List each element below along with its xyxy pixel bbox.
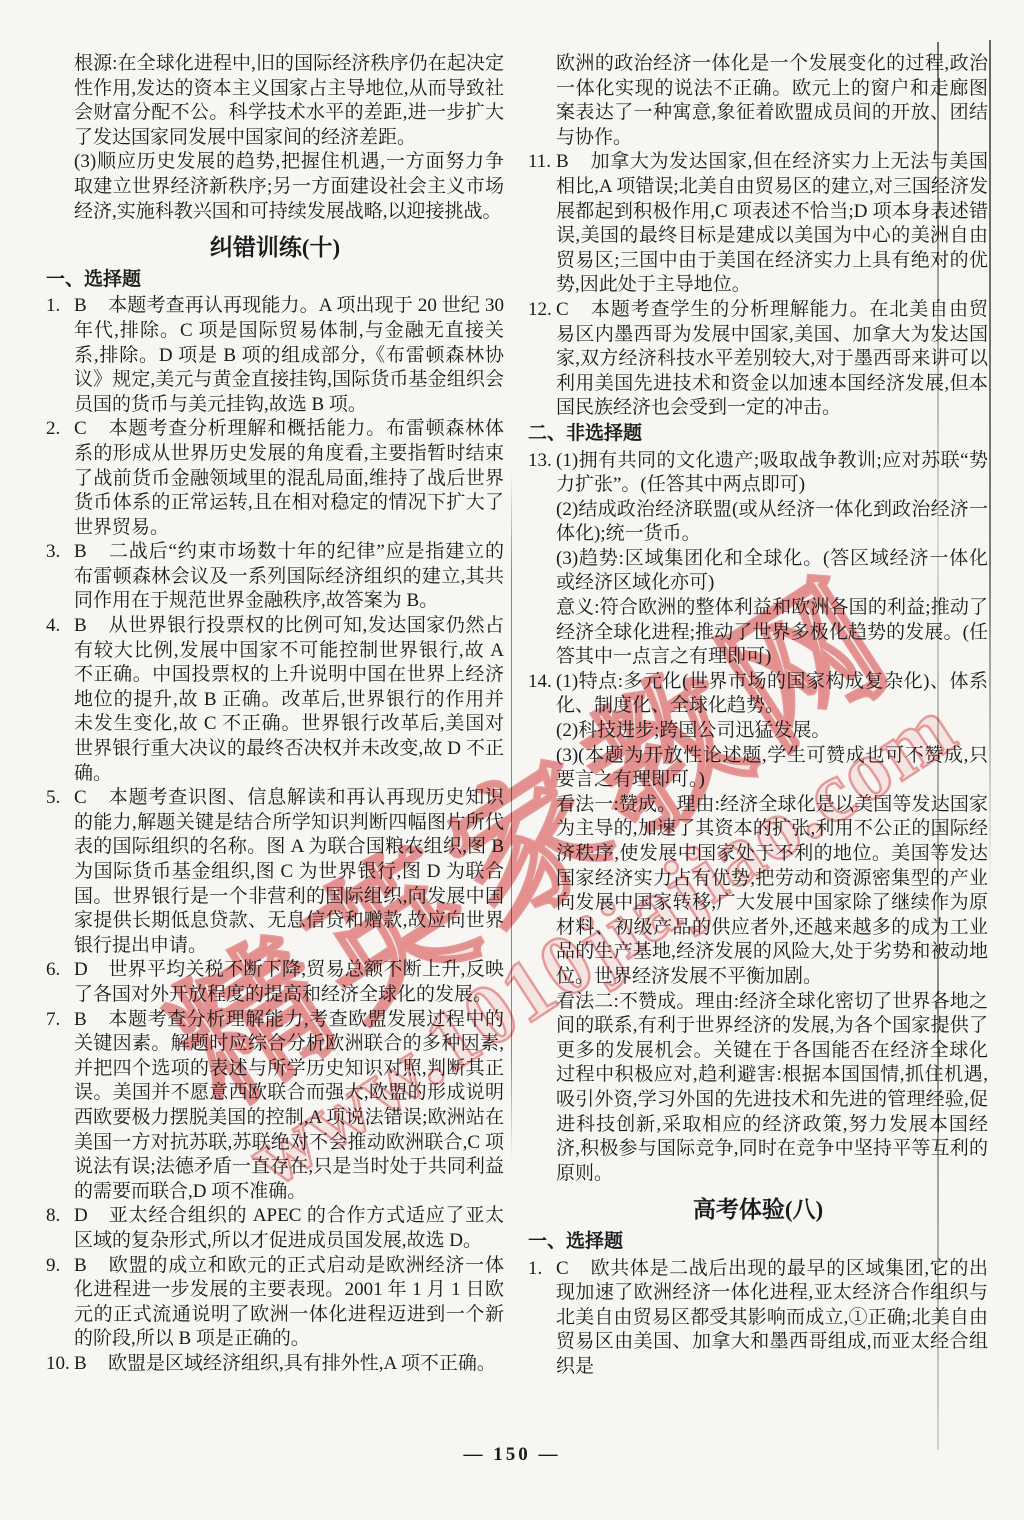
item-text: 从世界银行投票权的比例可知,发达国家仍然占有较大比例,发展中国家不可能控制世界银…: [74, 615, 504, 784]
subsection-label-choice: 一、选择题: [46, 268, 504, 293]
subsection-label-nonchoice: 二、非选择题: [528, 422, 988, 447]
answer-item-12: 12.C本题考查学生的分析理解能力。在北美自由贸易区内墨西哥为发展中国家,美国、…: [528, 298, 988, 421]
left-column: 根源:在全球化进程中,旧的国际经济秩序仍在起决定性作用,发达的资本主义国家占主导…: [46, 52, 504, 1376]
subsection-label-choice: 一、选择题: [528, 1230, 988, 1255]
item-number: 1.: [46, 294, 74, 319]
item-number: 9.: [46, 1254, 74, 1279]
carryover-paragraph: (3)顺应历史发展的趋势,把握住机遇,一方面努力争取建立世界经济新秩序;另一方面…: [46, 150, 504, 224]
item-text: 本题考查识图、信息解读和再认再现历史知识的能力,解题关键是结合所学知识判断四幅图…: [74, 787, 504, 956]
item-number: 8.: [46, 1204, 74, 1229]
scan-artifact-line: [989, 40, 991, 900]
answer-item-2: 2.C本题考查分析理解和概括能力。布雷顿森林体系的形成从世界历史发展的角度看,主…: [46, 417, 504, 540]
item-number: 12.: [528, 298, 556, 323]
item-number: 4.: [46, 614, 74, 639]
answer-letter: D: [74, 1204, 92, 1229]
item-number: 3.: [46, 540, 74, 565]
essay-paragraph: (3)趋势:区域集团化和全球化。(答区域经济一体化或经济区域化亦可): [528, 547, 988, 596]
answer-letter: B: [74, 1352, 92, 1377]
answer-item-1: 1.B本题考查再认再现能力。A 项出现于 20 世纪 30 年代,排除。C 项是…: [46, 294, 504, 417]
scan-artifact-line: [937, 42, 939, 1450]
answer-item-14: 14.(1)特点:多元化(世界市场的国家构成复杂化)、体系化、制度化、全球化趋势…: [528, 670, 988, 719]
answer-item-6: 6.D世界平均关税不断下降,贸易总额不断上升,反映了各国对外开放程度的提高和经济…: [46, 958, 504, 1007]
right-column: 欧洲的政治经济一体化是一个发展变化的过程,政治一体化实现的说法不正确。欧元上的窗…: [528, 52, 988, 1379]
essay-paragraph: 看法一:赞成。理由:经济全球化是以美国等发达国家为主导的,加速了其资本的扩张,利…: [528, 793, 988, 990]
essay-paragraph: 看法二:不赞成。理由:经济全球化密切了世界各地之间的联系,有利于世界经济的发展,…: [528, 990, 988, 1187]
item-text: 加拿大为发达国家,但在经济实力上无法与美国相比,A 项错误;北美自由贸易区的建立…: [556, 151, 988, 295]
answer-letter: C: [556, 1257, 574, 1282]
answer-letter: C: [74, 417, 92, 442]
item-number: 10.: [46, 1352, 74, 1377]
item-number: 14.: [528, 670, 556, 695]
answer-letter: B: [556, 150, 574, 175]
scanned-workbook-page: 精英家教网 www.1010jiajiao.com 根源:在全球化进程中,旧的国…: [0, 0, 1024, 1520]
answer-letter: B: [74, 1008, 92, 1033]
answer-letter: C: [556, 298, 574, 323]
item-number: 5.: [46, 786, 74, 811]
answer-letter: B: [74, 540, 92, 565]
answer-item-13: 13.(1)拥有共同的文化遗产;吸取战争教训;应对苏联“势力扩张”。(任答其中两…: [528, 449, 988, 498]
item-number: 6.: [46, 958, 74, 983]
answer-item-3: 3.B二战后“约束市场数十年的纪律”应是指建立的布雷顿森林会议及一系列国际经济组…: [46, 540, 504, 614]
carryover-paragraph: 欧洲的政治经济一体化是一个发展变化的过程,政治一体化实现的说法不正确。欧元上的窗…: [528, 52, 988, 150]
item-text: 本题考查学生的分析理解能力。在北美自由贸易区内墨西哥为发展中国家,美国、加拿大为…: [556, 299, 988, 418]
item-text: 亚太经合组织的 APEC 的合作方式适应了亚太区域的复杂形式,所以才促进成员国发…: [74, 1205, 504, 1251]
answer-letter: B: [74, 294, 92, 319]
item-text: 本题考查再认再现能力。A 项出现于 20 世纪 30 年代,排除。C 项是国际贸…: [74, 295, 504, 414]
essay-paragraph: (3)(本题为开放性论述题,学生可赞成也可不赞成,只要言之有理即可。): [528, 744, 988, 793]
item-number: 1.: [528, 1257, 556, 1282]
answer-item-4: 4.B从世界银行投票权的比例可知,发达国家仍然占有较大比例,发展中国家不可能控制…: [46, 614, 504, 786]
answer-item-11: 11.B加拿大为发达国家,但在经济实力上无法与美国相比,A 项错误;北美自由贸易…: [528, 150, 988, 298]
essay-paragraph: (2)结成政治经济联盟(或从经济一体化到政治经济一体化);统一货币。: [528, 498, 988, 547]
item-text: (1)特点:多元化(世界市场的国家构成复杂化)、体系化、制度化、全球化趋势。: [556, 671, 988, 717]
page-number: — 150 —: [0, 1444, 1024, 1466]
item-number: 13.: [528, 449, 556, 474]
answer-letter: B: [74, 1254, 92, 1279]
item-number: 11.: [528, 150, 556, 175]
answer-letter: C: [74, 786, 92, 811]
item-text: 本题考查分析理解能力,考查欧盟发展过程中的关键因素。解题时应综合分析欧洲联合的多…: [74, 1009, 504, 1202]
answer-item-g1: 1.C欧共体是二战后出现的最早的区域集团,它的出现加速了欧洲经济一体化进程,亚太…: [528, 1257, 988, 1380]
answer-item-7: 7.B本题考查分析理解能力,考查欧盟发展过程中的关键因素。解题时应综合分析欧洲联…: [46, 1008, 504, 1205]
item-number: 7.: [46, 1008, 74, 1033]
essay-paragraph: (2)科技进步;跨国公司迅猛发展。: [528, 719, 988, 744]
answer-item-10: 10.B欧盟是区域经济组织,具有排外性,A 项不正确。: [46, 1352, 504, 1377]
item-text: 欧盟的成立和欧元的正式启动是欧洲经济一体化进程进一步发展的主要表现。2001 年…: [74, 1255, 504, 1350]
answer-letter: D: [74, 958, 92, 983]
answer-letter: B: [74, 614, 92, 639]
item-text: (1)拥有共同的文化遗产;吸取战争教训;应对苏联“势力扩张”。(任答其中两点即可…: [556, 450, 988, 496]
item-text: 世界平均关税不断下降,贸易总额不断上升,反映了各国对外开放程度的提高和经济全球化…: [74, 959, 504, 1005]
item-text: 二战后“约束市场数十年的纪律”应是指建立的布雷顿森林会议及一系列国际经济组织的建…: [74, 541, 504, 611]
essay-paragraph: 意义:符合欧洲的整体利益和欧洲各国的利益;推动了经济全球化进程;推动了世界多极化…: [528, 596, 988, 670]
section-heading-jiucuo-10: 纠错训练(十): [46, 236, 504, 261]
item-text: 欧盟是区域经济组织,具有排外性,A 项不正确。: [108, 1353, 496, 1374]
carryover-paragraph: 根源:在全球化进程中,旧的国际经济秩序仍在起决定性作用,发达的资本主义国家占主导…: [46, 52, 504, 150]
item-text: 本题考查分析理解和概括能力。布雷顿森林体系的形成从世界历史发展的角度看,主要指暂…: [74, 418, 504, 537]
item-text: 欧共体是二战后出现的最早的区域集团,它的出现加速了欧洲经济一体化进程,亚太经济合…: [556, 1258, 988, 1377]
item-number: 2.: [46, 417, 74, 442]
section-heading-gaokao-8: 高考体验(八): [528, 1198, 988, 1223]
answer-item-9: 9.B欧盟的成立和欧元的正式启动是欧洲经济一体化进程进一步发展的主要表现。200…: [46, 1254, 504, 1352]
column-divider-line: [511, 470, 512, 1160]
answer-item-5: 5.C本题考查识图、信息解读和再认再现历史知识的能力,解题关键是结合所学知识判断…: [46, 786, 504, 958]
answer-item-8: 8.D亚太经合组织的 APEC 的合作方式适应了亚太区域的复杂形式,所以才促进成…: [46, 1204, 504, 1253]
